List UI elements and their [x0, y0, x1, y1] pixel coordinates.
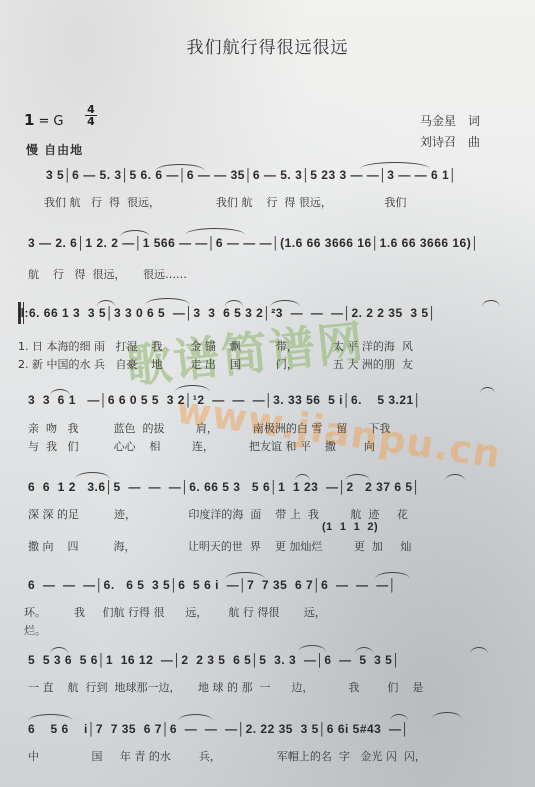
tie-slur — [178, 714, 213, 721]
notation-line: 6 6 1 2 3.6│5 — — —│6. 66 5 3 5 6│1 1 23… — [28, 480, 421, 494]
notation-line: 3 5│6 — 5. 3│5 6. 6 —│6 — — 35│6 — 5. 3│… — [46, 168, 457, 182]
tie-slur — [470, 647, 488, 654]
tie-slur — [185, 228, 245, 235]
notation-line: 5 5 3 6 5 6│1 16 12 —│2 2 3 5 6 5│5 3. 3… — [28, 653, 400, 667]
composer-name: 刘诗召 — [420, 135, 456, 149]
notation-line: ‖:6. 66 1 3 3 5│3 3 0 6 5 —│3 3 6 5 3 2│… — [18, 306, 437, 320]
notation-line: 3 3 6 1 —│6 6 0 5 5 3 2│¹2 — — —│3. 33 5… — [28, 393, 422, 407]
lyric-verse-1: 深 深 的足 迹， 印度洋的海 面 带 上 我 航 迹 花 — [28, 506, 408, 522]
tie-slur — [390, 714, 408, 721]
lyric-verse-2: 2. 新 中国的水 兵 自豪 地 走 出 国 门， 五 大 洲的朋 友 — [18, 356, 413, 372]
lyric-line: 中 国 年 青 的水 兵， 军帽上的名 字 金光 闪 闪， — [28, 748, 426, 764]
key-note: G — [53, 114, 63, 129]
lyric-line: 我们 航 行 得 很远， 我们 航 行 得 很远， 我们 — [44, 194, 406, 210]
notation-line: 6 — — —│6. 6 5 3 5│6 5 6 i —│7 7 35 6 7│… — [28, 578, 397, 592]
lyricist-name: 马金星 — [420, 114, 456, 128]
lyric-verse-1: 亲 吻 我 蓝色 的拔 肩， 南极洲的白 雪 留 下我 — [28, 420, 390, 436]
lyric-line: 航 行 得 很远， 很远…… — [28, 266, 187, 282]
tie-slur — [175, 385, 210, 392]
lyricist-credit: 马金星词 — [420, 112, 480, 129]
notation-line: 6 5 6 i│7 7 35 6 7│6 — — —│2. 22 35 3 5│… — [28, 722, 410, 736]
tie-slur — [482, 300, 500, 307]
composer-role: 曲 — [468, 135, 480, 149]
composer-credit: 刘诗召曲 — [420, 133, 480, 150]
key-do: 1 — [24, 111, 34, 129]
tempo-marking: 慢 自由地 — [26, 141, 83, 158]
time-signature: 4 4 — [84, 104, 98, 127]
lyricist-role: 词 — [468, 114, 480, 128]
notation-line: 3 — 2. 6│1 2. 2 —│1 566 — —│6 — — —│(1.6… — [28, 236, 479, 250]
lyric-verse-1: 环。 我 们航 行得 很 远， 航 行 得很 远， — [24, 604, 326, 620]
lyric-verse-2: 撒 向 四 海， 让明天的世 界 更 加灿烂 更 加 灿 — [28, 538, 411, 554]
tie-slur — [432, 712, 462, 719]
song-title: 我们航行得很远很远 — [0, 33, 535, 58]
lyric-verse-1: 1. 日 本海的细 雨 打湿 我 金 锚 飘 带， 太 平 洋的海 风 — [18, 338, 413, 354]
lyric-line: 一 直 航 行到 地球那一边， 地 球 的 那 一 边， 我 们 是 — [28, 679, 423, 695]
tie-slur — [480, 387, 495, 394]
key-equals: = — [38, 114, 49, 129]
lyric-verse-2: 烂。 — [24, 622, 46, 638]
tie-slur — [445, 474, 465, 481]
lyric-verse-2: 与 我 们 心心 相 连， 把友谊 和 平 撒 向 — [28, 438, 375, 454]
tie-slur — [145, 298, 190, 305]
tie-slur — [28, 714, 73, 721]
alternate-notation: (1 1 1 2) — [322, 521, 378, 533]
tie-slur — [75, 472, 110, 479]
key-signature: 1=G — [24, 111, 63, 129]
time-signature-bottom: 4 — [84, 116, 98, 127]
tie-slur — [298, 645, 326, 652]
time-signature-top: 4 — [84, 104, 98, 115]
